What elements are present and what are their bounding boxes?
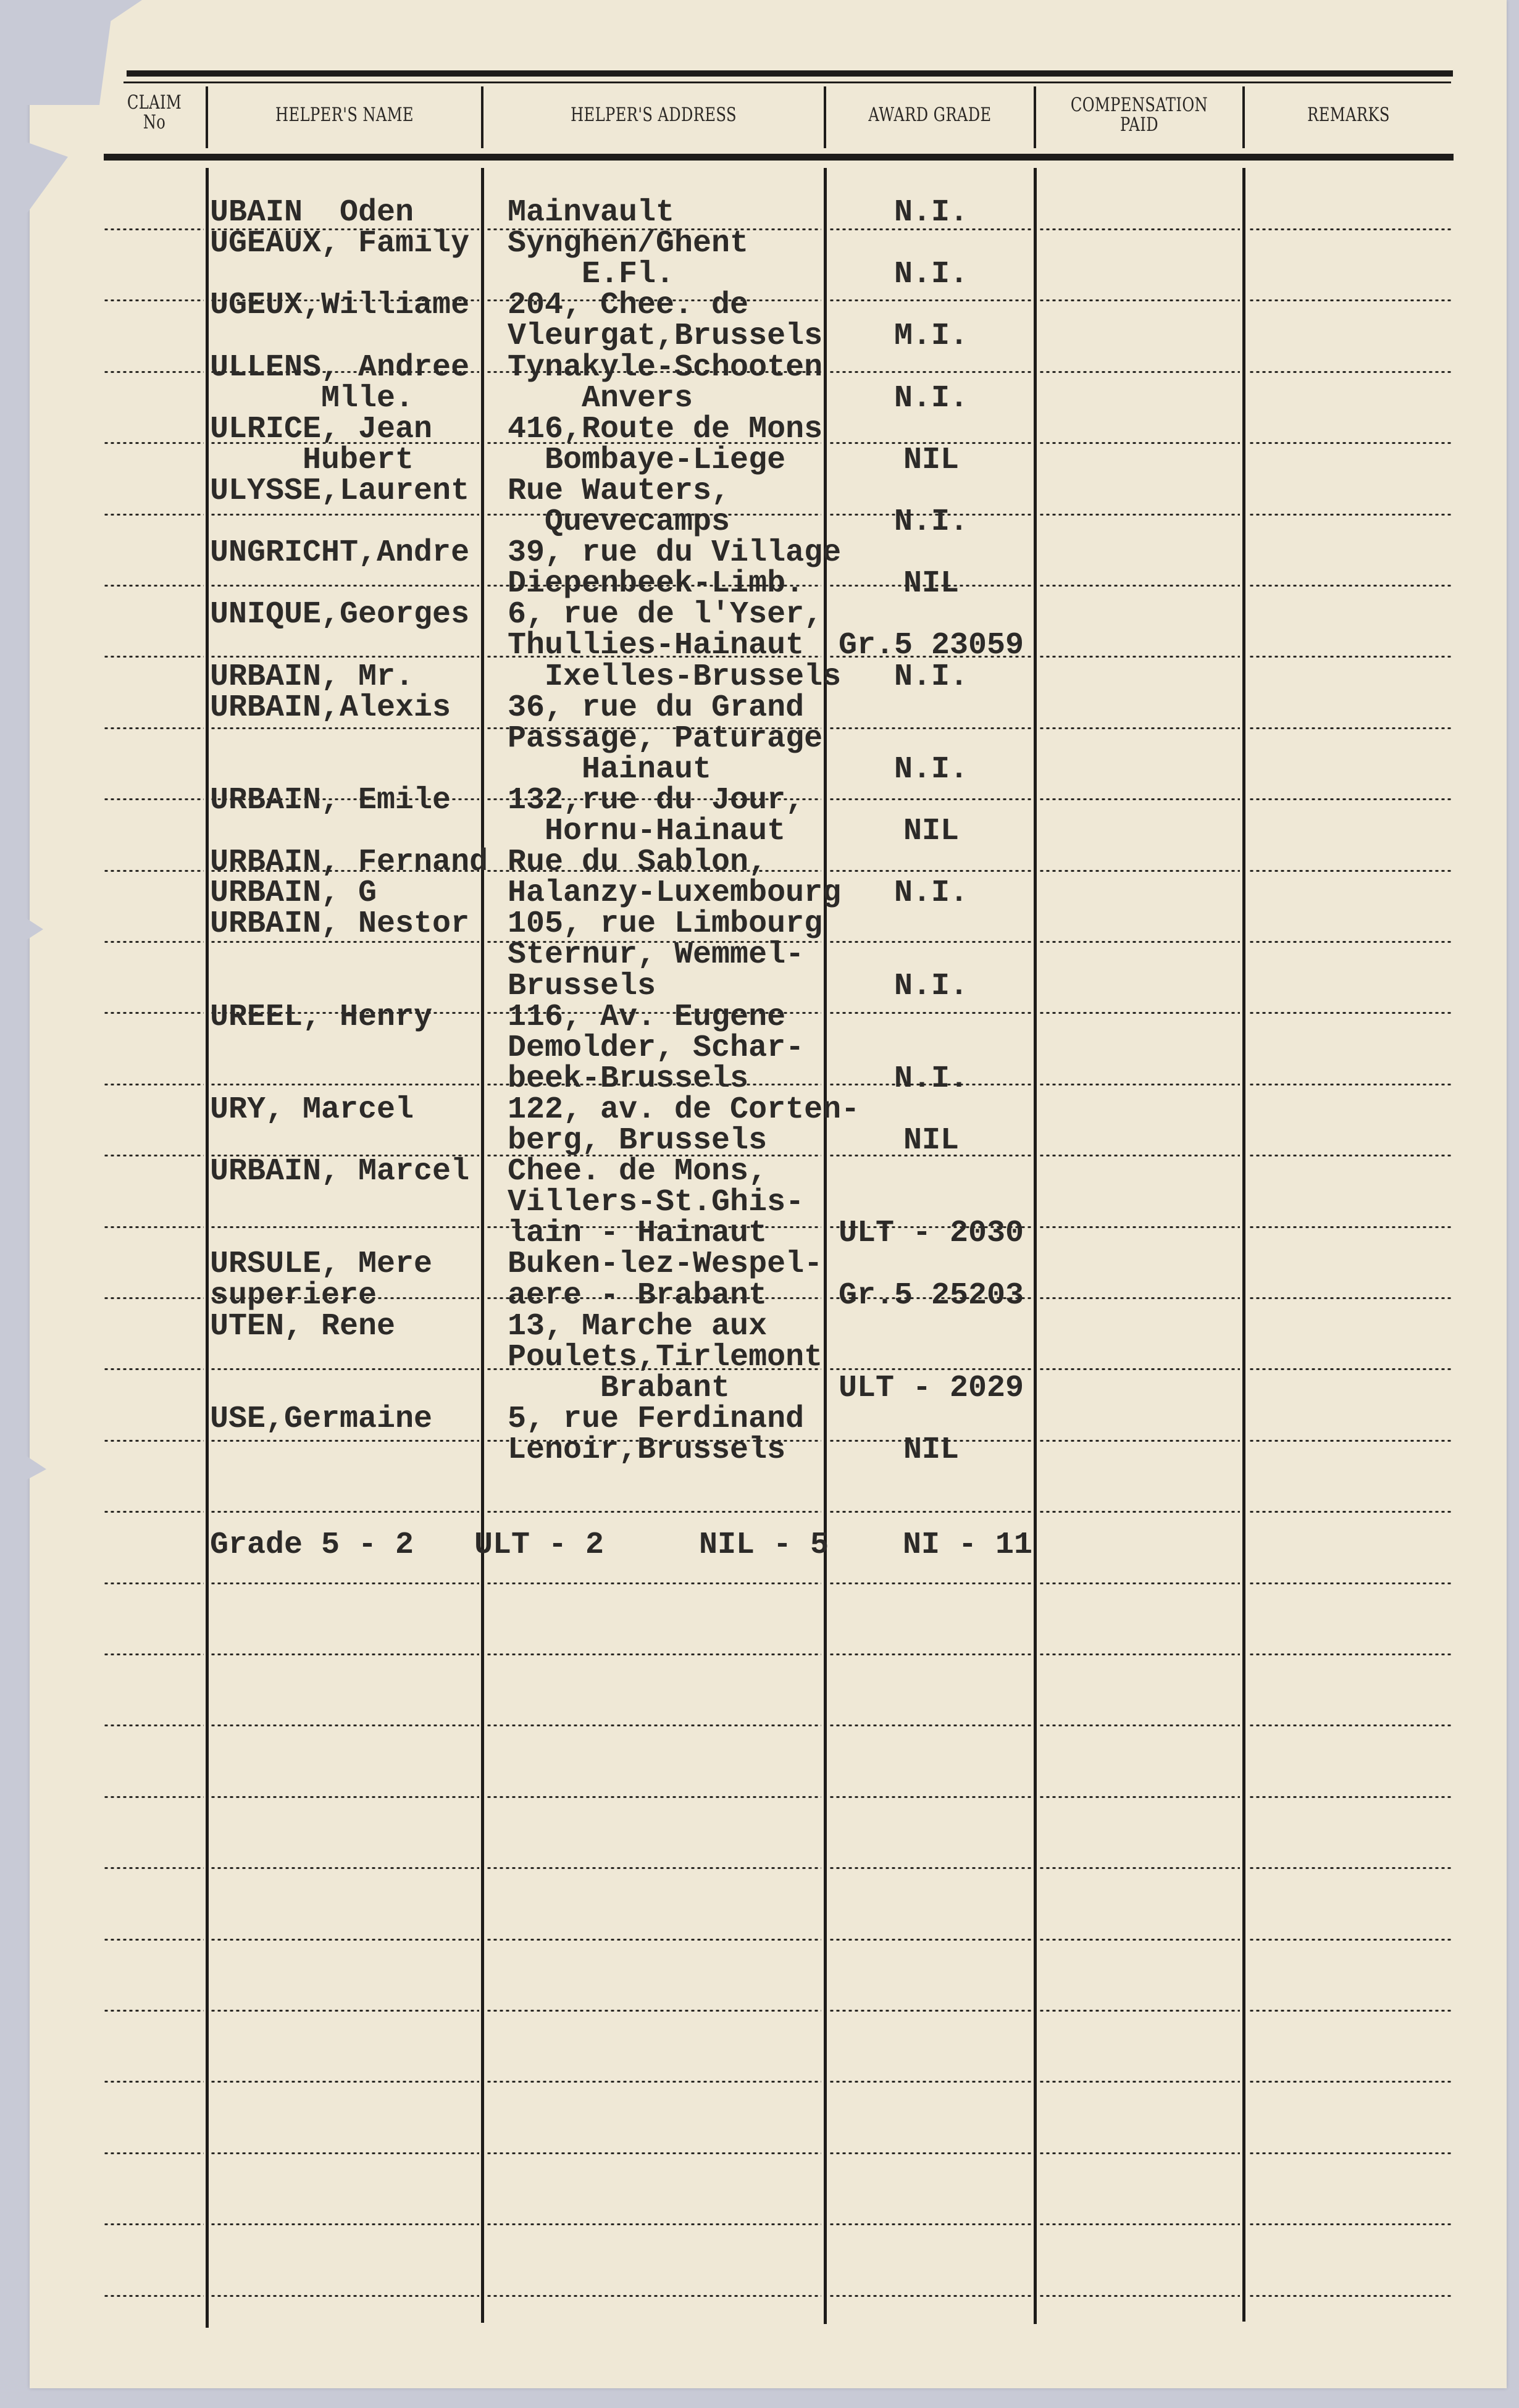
award-grade: N.I. <box>826 383 1036 414</box>
dotted-row-line <box>210 2010 479 2012</box>
helper-name: UNIQUE,Georges <box>210 600 469 630</box>
dotted-row-line <box>210 2223 479 2225</box>
dotted-row-line <box>486 1796 821 1798</box>
helper-address: 122, av. de Corten- <box>508 1095 860 1126</box>
dotted-row-line <box>103 1582 204 1584</box>
helper-address: 204, Chee. de <box>508 290 748 321</box>
helper-address: berg, Brussels <box>508 1126 767 1156</box>
helper-address: Brussels <box>508 971 656 1002</box>
dotted-row-line <box>103 2081 204 2083</box>
helper-name: UGEAUX, Family <box>210 228 469 259</box>
dotted-row-line <box>103 1867 204 1869</box>
dotted-row-line <box>210 2081 479 2083</box>
dotted-row-line <box>1039 727 1240 729</box>
body-col-divider-name <box>206 168 209 2328</box>
dotted-row-line <box>103 1440 204 1442</box>
dotted-row-line <box>210 1653 479 1655</box>
dotted-row-line <box>1249 1297 1454 1299</box>
dotted-row-line <box>103 1368 204 1370</box>
dotted-row-line <box>829 727 1031 729</box>
dotted-row-line <box>1039 1796 1240 1798</box>
helper-address: lain - Hainaut <box>508 1218 767 1249</box>
dotted-row-line <box>829 1939 1031 1941</box>
dotted-row-line <box>1249 1511 1454 1513</box>
helper-name: URSULE, Mere <box>210 1249 432 1280</box>
helper-name: Hubert <box>210 445 414 476</box>
award-grade: N.I. <box>826 662 1036 693</box>
dotted-row-line <box>103 1939 204 1941</box>
helper-name: UREEL, Henry <box>210 1002 432 1033</box>
dotted-row-line <box>1249 514 1454 516</box>
body-col-divider-address <box>481 168 484 2323</box>
dotted-row-line <box>103 1012 204 1014</box>
dotted-row-line <box>103 2295 204 2297</box>
dotted-row-line <box>103 2223 204 2225</box>
header-compensation-label: COMPENSATION <box>1059 95 1220 115</box>
dotted-row-line <box>486 2152 821 2154</box>
dotted-row-line <box>1039 514 1240 516</box>
dotted-row-line <box>103 371 204 373</box>
helper-address: E.Fl. <box>508 259 674 290</box>
helper-address: Bombaye-Liege <box>508 445 785 476</box>
dotted-row-line <box>486 2223 821 2225</box>
dotted-row-line <box>210 1368 479 1370</box>
dotted-row-line <box>210 1867 479 1869</box>
dotted-row-line <box>1039 585 1240 587</box>
dotted-row-line <box>829 2152 1031 2154</box>
dotted-row-line <box>1039 2295 1240 2297</box>
dotted-row-line <box>103 727 204 729</box>
award-grade: N.I. <box>826 1064 1036 1095</box>
helper-address: 116, Av. Eugene <box>508 1002 785 1033</box>
dotted-row-line <box>103 2010 204 2012</box>
header-top-thin-rule <box>123 82 1451 83</box>
helper-address: Vleurgat,Brussels <box>508 321 822 352</box>
dotted-row-line <box>486 1724 821 1726</box>
award-grade: N.I. <box>826 198 1036 228</box>
dotted-row-line <box>486 1511 821 1513</box>
dotted-row-line <box>1039 2152 1240 2154</box>
helper-name: URBAIN, Marcel <box>210 1156 469 1187</box>
dotted-row-line <box>1039 2081 1240 2083</box>
award-grade: Gr.5 25203 <box>826 1281 1036 1311</box>
helper-address: Poulets,Tirlemont <box>508 1342 822 1373</box>
dotted-row-line <box>103 514 204 516</box>
dotted-row-line <box>210 514 479 516</box>
dotted-row-line <box>1249 371 1454 373</box>
helper-address: 105, rue Limbourg <box>508 909 822 940</box>
dotted-row-line <box>210 1724 479 1726</box>
dotted-row-line <box>103 870 204 872</box>
dotted-row-line <box>1249 2081 1454 2083</box>
dotted-row-line <box>103 2152 204 2154</box>
dotted-row-line <box>829 1511 1031 1513</box>
dotted-row-line <box>829 2295 1031 2297</box>
award-grade: Gr.5 23059 <box>826 630 1036 661</box>
award-grade: M.I. <box>826 321 1036 352</box>
dotted-row-line <box>210 2295 479 2297</box>
dotted-row-line <box>1039 941 1240 943</box>
award-grade: ULT - 2029 <box>826 1373 1036 1404</box>
helper-address: Buken-lez-Wespel- <box>508 1249 822 1280</box>
summary-grade5: Grade 5 - 2 <box>210 1530 414 1561</box>
helper-address: Thullies-Hainaut <box>508 630 804 661</box>
dotted-row-line <box>829 371 1031 373</box>
helper-address: aere - Brabant <box>508 1281 767 1311</box>
dotted-row-line <box>103 585 204 587</box>
dotted-row-line <box>1039 1440 1240 1442</box>
dotted-row-line <box>103 1084 204 1085</box>
dotted-row-line <box>1249 1084 1454 1085</box>
dotted-row-line <box>1249 1012 1454 1014</box>
helper-address: Synghen/Ghent <box>508 228 748 259</box>
helper-name: URBAIN, Fernand <box>210 847 488 878</box>
dotted-row-line <box>829 798 1031 800</box>
dotted-row-line <box>1039 1084 1240 1085</box>
helper-name: URBAIN, G <box>210 878 377 909</box>
dotted-row-line <box>829 299 1031 301</box>
header-remarks: REMARKS <box>1268 105 1429 125</box>
header-claim-no: CLAIM No <box>119 93 191 132</box>
helper-address: 6, rue de l'Yser, <box>508 600 822 630</box>
dotted-row-line <box>1039 2010 1240 2012</box>
dotted-row-line <box>1039 299 1240 301</box>
dotted-row-line <box>1039 656 1240 658</box>
dotted-row-line <box>1039 1867 1240 1869</box>
dotted-row-line <box>1249 870 1454 872</box>
helper-address: Tynakyle-Schooten <box>508 353 822 383</box>
dotted-row-line <box>210 1440 479 1442</box>
header-col-divider <box>1034 86 1036 148</box>
dotted-row-line <box>1039 1012 1240 1014</box>
helper-name: UTEN, Rene <box>210 1311 395 1342</box>
helper-name: URBAIN, Nestor <box>210 909 469 940</box>
dotted-row-line <box>210 1796 479 1798</box>
dotted-row-line <box>210 1939 479 1941</box>
dotted-row-line <box>486 2010 821 2012</box>
helper-name: URBAIN,Alexis <box>210 693 451 724</box>
dotted-row-line <box>1249 1226 1454 1228</box>
helper-address: Villers-St.Ghis- <box>508 1187 804 1218</box>
dotted-row-line <box>210 2152 479 2154</box>
award-grade: NIL <box>826 1435 1036 1466</box>
dotted-row-line <box>1039 798 1240 800</box>
header-claim-label: CLAIM <box>119 93 191 112</box>
award-grade: NIL <box>826 816 1036 847</box>
helper-address: Passage, Paturage <box>508 724 822 755</box>
helper-address: Rue du Sablon, <box>508 847 767 878</box>
award-grade: N.I. <box>826 259 1036 290</box>
dotted-row-line <box>1249 1155 1454 1156</box>
dotted-row-line <box>103 1653 204 1655</box>
helper-address: Rue Wauters, <box>508 476 730 507</box>
dotted-row-line <box>210 656 479 658</box>
dotted-row-line <box>1249 1796 1454 1798</box>
helper-address: Quevecamps <box>508 507 730 538</box>
award-grade: NIL <box>826 445 1036 476</box>
dotted-row-line <box>103 1297 204 1299</box>
dotted-row-line <box>829 1582 1031 1584</box>
dotted-row-line <box>103 1226 204 1228</box>
summary-nil: NIL - 5 <box>699 1530 829 1561</box>
summary-ni: NI - 11 <box>903 1530 1032 1561</box>
dotted-row-line <box>486 2295 821 2297</box>
helper-address: beek-Brussels <box>508 1064 748 1095</box>
dotted-row-line <box>1039 1155 1240 1156</box>
header-award-grade: AWARD GRADE <box>849 105 1011 125</box>
dotted-row-line <box>486 1582 821 1584</box>
dotted-row-line <box>829 870 1031 872</box>
header-paid-label: PAID <box>1059 115 1220 135</box>
dotted-row-line <box>829 1867 1031 1869</box>
header-col-divider <box>481 86 483 148</box>
dotted-row-line <box>1249 1724 1454 1726</box>
award-grade: N.I. <box>826 971 1036 1002</box>
helper-address: Lenoir,Brussels <box>508 1435 785 1466</box>
dotted-row-line <box>1249 727 1454 729</box>
dotted-row-line <box>210 1511 479 1513</box>
dotted-row-line <box>1039 1297 1240 1299</box>
dotted-row-line <box>1249 299 1454 301</box>
award-grade: ULT - 2030 <box>826 1218 1036 1249</box>
dotted-row-line <box>1039 1226 1240 1228</box>
dotted-row-line <box>1249 798 1454 800</box>
dotted-row-line <box>486 2081 821 2083</box>
dotted-row-line <box>1039 228 1240 230</box>
dotted-row-line <box>103 656 204 658</box>
helper-name: ULRICE, Jean <box>210 414 432 445</box>
helper-address: Sternur, Wemmel- <box>508 940 804 971</box>
dotted-row-line <box>210 585 479 587</box>
dotted-row-line <box>103 1796 204 1798</box>
header-top-thick-rule <box>127 70 1453 77</box>
dotted-row-line <box>1039 371 1240 373</box>
helper-address: 5, rue Ferdinand <box>508 1404 804 1435</box>
helper-name: ULLENS, Andree <box>210 353 469 383</box>
dotted-row-line <box>1039 1724 1240 1726</box>
header-compensation-paid: COMPENSATION PAID <box>1059 95 1220 135</box>
helper-address: Ixelles-Brussels <box>508 662 841 693</box>
helper-address: 13, Marche aux <box>508 1311 767 1342</box>
dotted-row-line <box>829 1368 1031 1370</box>
header-col-divider <box>824 86 826 148</box>
summary-ult: ULT - 2 <box>474 1530 604 1561</box>
dotted-row-line <box>1249 1867 1454 1869</box>
dotted-row-line <box>829 2010 1031 2012</box>
dotted-row-line <box>1249 442 1454 444</box>
body-col-divider-remarks <box>1242 168 1245 2322</box>
dotted-row-line <box>103 941 204 943</box>
dotted-row-line <box>1039 1582 1240 1584</box>
dotted-row-line <box>1249 228 1454 230</box>
header-no-label: No <box>119 112 191 132</box>
dotted-row-line <box>1249 2295 1454 2297</box>
dotted-row-line <box>1249 1440 1454 1442</box>
award-grade: NIL <box>826 1126 1036 1156</box>
helper-address: Brabant <box>508 1373 730 1404</box>
dotted-row-line <box>103 798 204 800</box>
helper-address: Chee. de Mons, <box>508 1156 767 1187</box>
dotted-row-line <box>1249 585 1454 587</box>
helper-name: USE,Germaine <box>210 1404 432 1435</box>
dotted-row-line <box>829 1724 1031 1726</box>
header-col-divider <box>1242 86 1245 148</box>
dotted-row-line <box>103 1511 204 1513</box>
dotted-row-line <box>1249 2223 1454 2225</box>
dotted-row-line <box>829 1012 1031 1014</box>
helper-name: superiere <box>210 1281 377 1311</box>
dotted-row-line <box>210 1226 479 1228</box>
header-col-divider <box>206 86 208 148</box>
dotted-row-line <box>103 442 204 444</box>
helper-address: Mainvault <box>508 198 674 228</box>
dotted-row-line <box>1039 1653 1240 1655</box>
dotted-row-line <box>1039 1511 1240 1513</box>
dotted-row-line <box>1039 1939 1240 1941</box>
dotted-row-line <box>1249 1653 1454 1655</box>
helper-address: Diepenbeek-Limb. <box>508 569 804 600</box>
dotted-row-line <box>210 727 479 729</box>
helper-name: URY, Marcel <box>210 1095 414 1126</box>
dotted-row-line <box>103 228 204 230</box>
dotted-row-line <box>1249 1368 1454 1370</box>
award-grade: N.I. <box>826 507 1036 538</box>
header-helpers-name: HELPER'S NAME <box>238 105 451 125</box>
helper-address: Hornu-Hainaut <box>508 816 785 847</box>
dotted-row-line <box>103 1724 204 1726</box>
dotted-row-line <box>1249 2152 1454 2154</box>
helper-address: Anvers <box>508 383 693 414</box>
dotted-row-line <box>1249 656 1454 658</box>
dotted-row-line <box>1249 941 1454 943</box>
dotted-row-line <box>210 1084 479 1085</box>
dotted-row-line <box>1039 442 1240 444</box>
dotted-row-line <box>829 2081 1031 2083</box>
dotted-row-line <box>103 1155 204 1156</box>
header-bottom-thick-rule <box>104 154 1454 161</box>
award-grade: NIL <box>826 569 1036 600</box>
helper-name: UNGRICHT,Andre <box>210 538 469 569</box>
helper-name: UBAIN Oden <box>210 198 414 228</box>
helper-address: 36, rue du Grand <box>508 693 804 724</box>
helper-name: UGEUX,Williame <box>210 290 469 321</box>
helper-address: Hainaut <box>508 755 711 785</box>
helper-name: URBAIN, Emile <box>210 785 451 816</box>
helper-address: Demolder, Schar- <box>508 1033 804 1064</box>
helper-name: URBAIN, Mr. <box>210 662 414 693</box>
helper-address: Halanzy-Luxembourg <box>508 878 841 909</box>
dotted-row-line <box>486 1867 821 1869</box>
helper-name: ULYSSE,Laurent <box>210 476 469 507</box>
award-grade: N.I. <box>826 878 1036 909</box>
dotted-row-line <box>210 1582 479 1584</box>
dotted-row-line <box>1039 1368 1240 1370</box>
dotted-row-line <box>103 299 204 301</box>
helper-address: 416,Route de Mons <box>508 414 822 445</box>
dotted-row-line <box>829 2223 1031 2225</box>
dotted-row-line <box>1249 1582 1454 1584</box>
award-grade: N.I. <box>826 755 1036 785</box>
dotted-row-line <box>829 941 1031 943</box>
dotted-row-line <box>829 1796 1031 1798</box>
dotted-row-line <box>829 1653 1031 1655</box>
helper-address: 132,rue du Jour, <box>508 785 804 816</box>
dotted-row-line <box>1249 2010 1454 2012</box>
dotted-row-line <box>1039 2223 1240 2225</box>
helper-name: Mlle. <box>210 383 414 414</box>
header-helpers-address: HELPER'S ADDRESS <box>521 105 787 125</box>
dotted-row-line <box>486 1653 821 1655</box>
dotted-row-line <box>1039 870 1240 872</box>
dotted-row-line <box>1249 1939 1454 1941</box>
helper-address: 39, rue du Village <box>508 538 841 569</box>
dotted-row-line <box>486 1939 821 1941</box>
